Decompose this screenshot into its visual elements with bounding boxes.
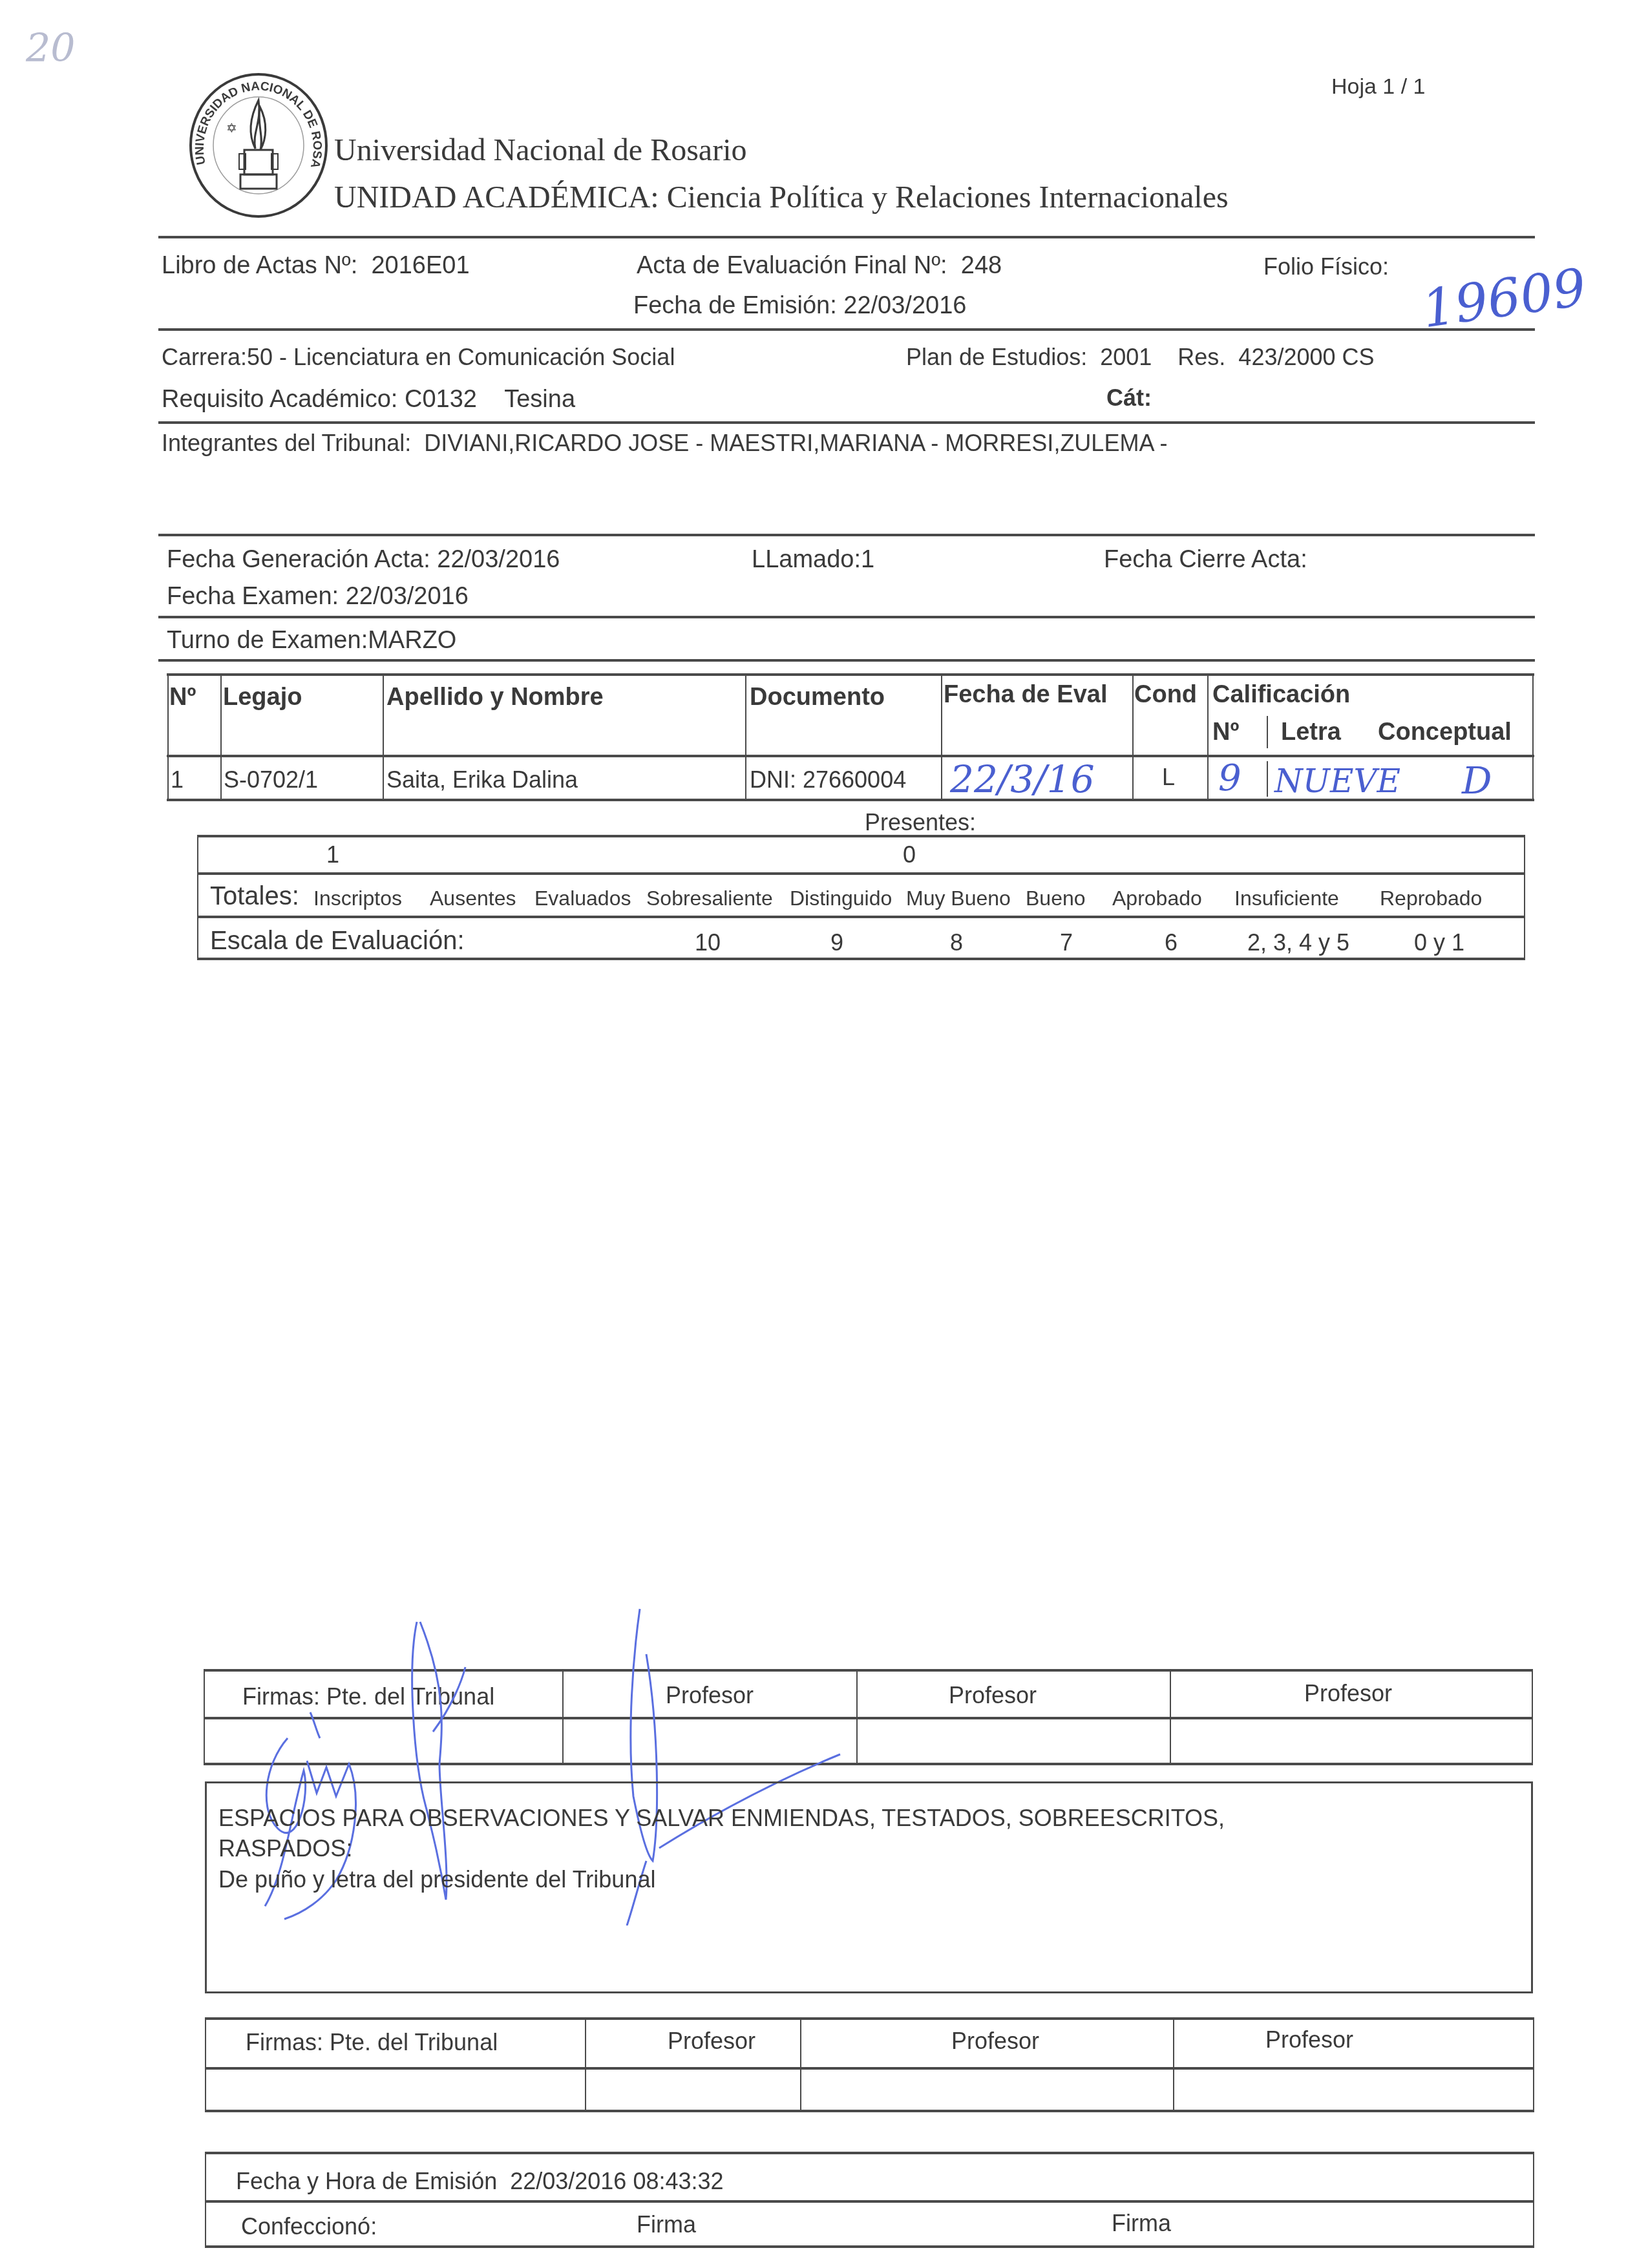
escala-bueno: 7 <box>1060 929 1073 956</box>
inscriptos-value: 1 <box>326 841 339 868</box>
divider <box>158 421 1535 424</box>
res-label: Res. <box>1178 344 1225 370</box>
divider <box>158 616 1535 618</box>
divider <box>158 534 1535 536</box>
totals-col-muy-bueno: Muy Bueno <box>906 887 1011 910</box>
requisito-name: Tesina <box>504 386 575 413</box>
totals-col-insuficiente: Insuficiente <box>1234 887 1339 910</box>
col-header-nombre: Apellido y Nombre <box>386 684 604 711</box>
cell-documento: DNI: 27660004 <box>750 766 906 793</box>
totals-col-inscriptos: Inscriptos <box>313 887 402 910</box>
tribunal-names: DIVIANI,RICARDO JOSE - MAESTRI,MARIANA -… <box>424 430 1167 456</box>
observations-line-2: RASPADOS: <box>218 1835 352 1862</box>
confecciono-label: Confeccionó: <box>241 2213 377 2240</box>
col-header-calificacion: Calificación <box>1212 681 1350 709</box>
col-header-n: Nº <box>169 684 196 711</box>
fecha-generacion: Fecha Generación Acta: 22/03/2016 <box>167 546 560 574</box>
sig2-profesor-1-label: Profesor <box>668 2028 755 2055</box>
escala-muy-bueno: 8 <box>950 929 963 956</box>
requisito-value: C0132 <box>405 386 477 413</box>
ausentes-value: 0 <box>903 841 916 868</box>
escala-insuficiente: 2, 3, 4 y 5 <box>1247 929 1349 956</box>
cell-conceptual-handwritten: D <box>1462 759 1492 803</box>
totals-col-evaluados: Evaluados <box>534 887 631 910</box>
fecha-hora-emision: Fecha y Hora de Emisión 22/03/2016 08:43… <box>236 2168 724 2195</box>
divider <box>158 328 1535 331</box>
sig2-profesor-2-label: Profesor <box>951 2028 1039 2055</box>
observations-line-1: ESPACIOS PARA OBSERVACIONES Y SALVAR ENM… <box>218 1805 1225 1832</box>
sig2-profesor-3-label: Profesor <box>1265 2026 1353 2053</box>
margin-note: 20 <box>26 26 75 71</box>
res-value: 423/2000 CS <box>1238 344 1374 370</box>
escala-distinguido: 9 <box>830 929 843 956</box>
divider <box>158 236 1535 238</box>
totals-col-reprobado: Reprobado <box>1380 887 1482 910</box>
escala-sobresaliente: 10 <box>695 929 721 956</box>
col-header-calif-conceptual: Conceptual <box>1378 719 1512 746</box>
totales-label: Totales: <box>210 882 299 910</box>
col-header-calif-n: Nº <box>1212 719 1239 746</box>
plan-value: 2001 <box>1100 344 1152 370</box>
cell-fecha-handwritten: 22/3/16 <box>950 757 1095 801</box>
page-number: Hoja 1 / 1 <box>1331 74 1426 100</box>
requisito-academico: Requisito Académico: C0132 Tesina <box>162 386 575 414</box>
totals-col-aprobado: Aprobado <box>1112 887 1202 910</box>
libro-label: Libro de Actas Nº: 2016E01 <box>162 252 470 280</box>
svg-text:UNIVERSIDAD NACIONAL DE ROSARI: UNIVERSIDAD NACIONAL DE ROSARIO <box>187 71 324 170</box>
cat-label: Cát: <box>1106 384 1152 412</box>
university-seal: UNIVERSIDAD NACIONAL DE ROSARIO ✡ <box>187 71 330 220</box>
svg-text:✡: ✡ <box>226 121 237 136</box>
cell-legajo: S-0702/1 <box>224 766 318 793</box>
carrera: Carrera:50 - Licenciatura en Comunicació… <box>162 344 675 371</box>
sig1-profesor-3-label: Profesor <box>1304 1680 1392 1707</box>
totals-col-ausentes: Ausentes <box>430 887 516 910</box>
totals-col-bueno: Bueno <box>1026 887 1086 910</box>
escala-aprobado: 6 <box>1165 929 1178 956</box>
col-header-fecha: Fecha de Eval <box>944 681 1107 709</box>
acta-label: Acta de Evaluación Final Nº: 248 <box>637 252 1002 280</box>
fecha-examen: Fecha Examen: 22/03/2016 <box>167 583 469 611</box>
cell-letra-handwritten: NUEVE <box>1274 762 1400 800</box>
turno-value: MARZO <box>368 627 456 654</box>
col-header-legajo: Legajo <box>223 684 302 711</box>
acta-value: 248 <box>961 252 1002 279</box>
folio-handwritten: 19609 <box>1419 257 1590 340</box>
tribunal-members: Integrantes del Tribunal: DIVIANI,RICARD… <box>162 430 1167 457</box>
totals-col-distinguido: Distinguido <box>790 887 892 910</box>
totals-col-sobresaliente: Sobresaliente <box>646 887 773 910</box>
presentes-label: Presentes: <box>865 809 976 836</box>
cell-nota-handwritten: 9 <box>1218 757 1241 799</box>
totales-row: Totales: <box>210 882 299 911</box>
fecha-examen-value: 22/03/2016 <box>346 583 469 610</box>
col-header-cond: Cond <box>1134 681 1197 709</box>
fecha-hora-emision-value: 22/03/2016 08:43:32 <box>510 2168 723 2194</box>
university-name: Universidad Nacional de Rosario <box>334 132 746 168</box>
torch-seal-icon: UNIVERSIDAD NACIONAL DE ROSARIO ✡ <box>187 71 330 220</box>
llamado-value: 1 <box>861 546 874 573</box>
divider <box>158 659 1535 662</box>
escala-reprobado: 0 y 1 <box>1414 929 1464 956</box>
observations-line-3: De puño y letra del presidente del Tribu… <box>218 1866 655 1893</box>
academic-unit: UNIDAD ACADÉMICA: Ciencia Política y Rel… <box>334 180 1229 215</box>
sig2-president-label: Firmas: Pte. del Tribunal <box>246 2029 498 2056</box>
fecha-generacion-value: 22/03/2016 <box>437 546 560 573</box>
col-header-calif-letra: Letra <box>1281 719 1341 746</box>
fecha-cierre: Fecha Cierre Acta: <box>1104 546 1307 574</box>
libro-value: 2016E01 <box>371 252 469 279</box>
fecha-emision: Fecha de Emisión: 22/03/2016 <box>633 292 966 320</box>
escala-label: Escala de Evaluación: <box>210 927 465 956</box>
llamado: LLamado:1 <box>752 546 874 574</box>
folio-label: Folio Físico: <box>1263 253 1389 280</box>
cell-cond: L <box>1162 764 1175 791</box>
firma-1-label: Firma <box>637 2211 696 2238</box>
plan-de-estudios: Plan de Estudios: 2001 Res. 423/2000 CS <box>906 344 1375 371</box>
cell-nombre: Saita, Erika Dalina <box>386 766 578 793</box>
col-header-documento: Documento <box>750 684 885 711</box>
fecha-emision-value: 22/03/2016 <box>843 292 966 319</box>
cell-n: 1 <box>171 766 184 793</box>
turno-examen: Turno de Examen:MARZO <box>167 627 456 655</box>
firma-2-label: Firma <box>1112 2210 1171 2237</box>
